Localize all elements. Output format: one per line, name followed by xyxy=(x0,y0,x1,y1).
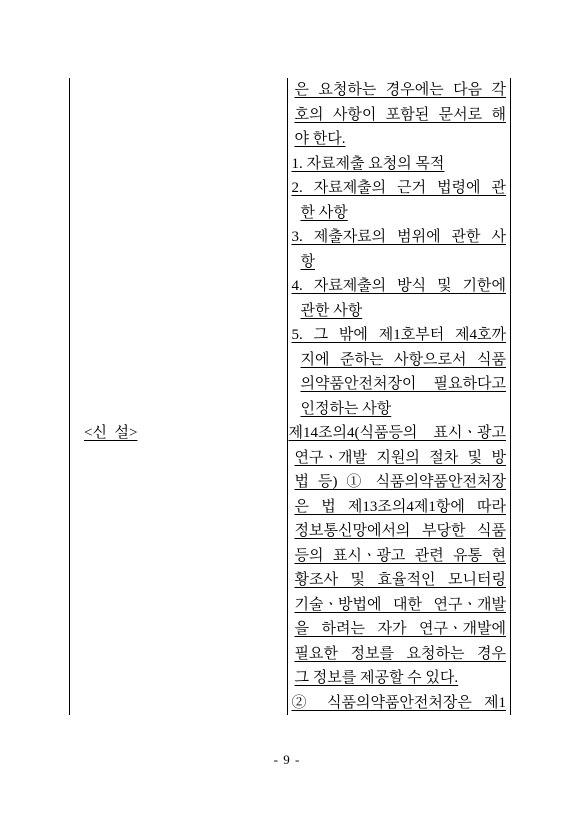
doc-line: 지에 준하는 사항으로서 식품 xyxy=(289,348,507,373)
current-provision-cell: <신 설> xyxy=(70,78,288,715)
doc-line: 황조사 및 효율적인 모니터링 xyxy=(289,568,507,593)
doc-line: 제14조의4(식품등의 표시ㆍ광고 xyxy=(289,421,507,446)
doc-line: 한 사항 xyxy=(289,201,507,226)
doc-line: 인정하는 사항 xyxy=(289,397,507,422)
amended-provision-cell: 은 요청하는 경우에는 다음 각 호의 사항이 포함된 문서로 해 야 한다. … xyxy=(288,78,511,715)
doc-line: 호의 사항이 포함된 문서로 해 xyxy=(289,103,507,128)
comparison-table: <신 설> 은 요청하는 경우에는 다음 각 호의 사항이 포함된 문서로 해 … xyxy=(69,78,511,715)
doc-line: ② 식품의약품안전처장은 제1 xyxy=(289,691,507,716)
doc-line: 등의 표시ㆍ광고 관련 유통 현 xyxy=(289,544,507,569)
new-clause-marker: <신 설> xyxy=(84,421,137,446)
doc-line: 필요한 정보를 요청하는 경우 xyxy=(289,642,507,667)
doc-line: 연구ㆍ개발 지원의 절차 및 방 xyxy=(289,446,507,471)
doc-line: 야 한다. xyxy=(289,127,507,152)
doc-line: 2. 자료제출의 근거 법령에 관 xyxy=(289,176,507,201)
doc-line: 의약품안전처장이 필요하다고 xyxy=(289,372,507,397)
doc-line: 1. 자료제출 요청의 목적 xyxy=(289,152,507,177)
doc-line: 기술ㆍ방법에 대한 연구ㆍ개발 xyxy=(289,593,507,618)
doc-line: 은 법 제13조의4제1항에 따라 xyxy=(289,495,507,520)
document-page: <신 설> 은 요청하는 경우에는 다음 각 호의 사항이 포함된 문서로 해 … xyxy=(0,0,574,815)
doc-line: 정보통신망에서의 부당한 식품 xyxy=(289,519,507,544)
doc-line: 관한 사항 xyxy=(289,299,507,324)
page-number: - 9 - xyxy=(0,752,574,768)
doc-line: 항 xyxy=(289,250,507,275)
doc-line: 5. 그 밖에 제1호부터 제4호까 xyxy=(289,323,507,348)
doc-line: 을 하려는 자가 연구ㆍ개발에 xyxy=(289,617,507,642)
doc-line: 법 등) ① 식품의약품안전처장 xyxy=(289,470,507,495)
doc-line: 4. 자료제출의 방식 및 기한에 xyxy=(289,274,507,299)
doc-line: 그 정보를 제공할 수 있다. xyxy=(289,666,507,691)
doc-line: 은 요청하는 경우에는 다음 각 xyxy=(289,78,507,103)
doc-line: 3. 제출자료의 범위에 관한 사 xyxy=(289,225,507,250)
